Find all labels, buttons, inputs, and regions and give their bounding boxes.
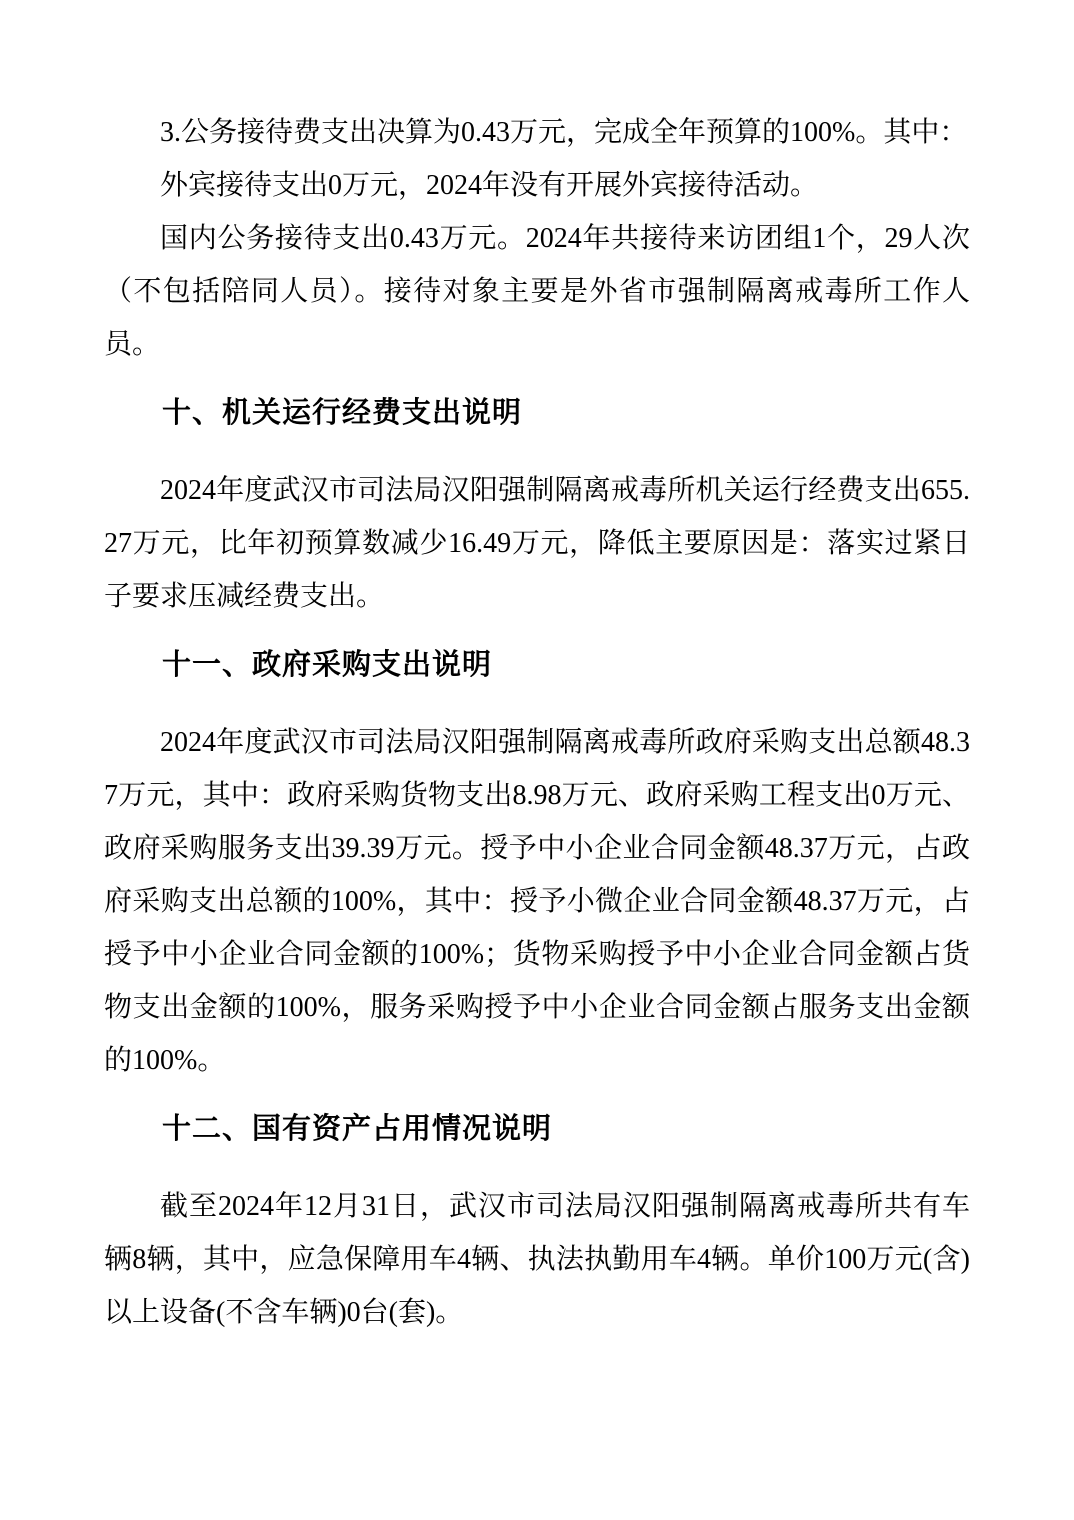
paragraph-domestic-reception: 国内公务接待支出0.43万元。2024年共接待来访团组1个，29人次（不包括陪同… bbox=[104, 212, 970, 371]
paragraph-foreign-guest-reception: 外宾接待支出0万元，2024年没有开展外宾接待活动。 bbox=[104, 159, 970, 212]
document-page: 3.公务接待费支出决算为0.43万元，完成全年预算的100%。其中： 外宾接待支… bbox=[0, 0, 1074, 1520]
section-heading-12-state-owned-assets: 十二、国有资产占用情况说明 bbox=[104, 1103, 970, 1156]
paragraph-agency-operating-expenses: 2024年度武汉市司法局汉阳强制隔离戒毒所机关运行经费支出655.27万元，比年… bbox=[104, 464, 970, 623]
paragraph-government-procurement: 2024年度武汉市司法局汉阳强制隔离戒毒所政府采购支出总额48.37万元，其中：… bbox=[104, 716, 970, 1087]
paragraph-official-reception-total: 3.公务接待费支出决算为0.43万元，完成全年预算的100%。其中： bbox=[104, 106, 970, 159]
section-heading-10-agency-operating-expenses: 十、机关运行经费支出说明 bbox=[104, 387, 970, 440]
paragraph-state-owned-assets: 截至2024年12月31日，武汉市司法局汉阳强制隔离戒毒所共有车辆8辆，其中，应… bbox=[104, 1180, 970, 1339]
section-heading-11-government-procurement: 十一、政府采购支出说明 bbox=[104, 639, 970, 692]
